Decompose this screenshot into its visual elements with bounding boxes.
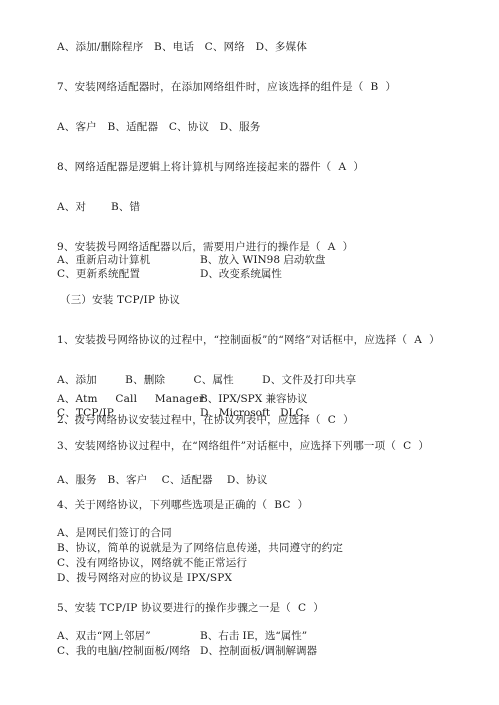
- option-c: C、没有网络协议，网络就不能正常运行: [57, 557, 247, 570]
- question-1: 1、安装拨号网络协议的过程中，“控制面板”的“网络”对话框中，应选择（ A ）: [57, 334, 440, 347]
- question-5: 5、安装 TCP/IP 协议要进行的操作步骤之一是（ C ）: [57, 602, 324, 615]
- option-d: D、拨号网络对应的协议是 IPX/SPX: [57, 572, 232, 585]
- option-c: C、我的电脑/控制面板/网络: [57, 645, 190, 658]
- option-d: D、Microsoft DLC: [200, 407, 304, 420]
- option-d: D、控制面板/调制解调器: [200, 645, 317, 658]
- option-a: A、是网民们签订的合同: [57, 527, 172, 540]
- text-line: A、对 B、错: [57, 201, 140, 214]
- question-3: 3、安装网络协议过程中，在“网络组件”对话框中，应选择下列哪一项（ C ）: [57, 440, 429, 453]
- option-a: A、双击“网上邻居”: [57, 630, 151, 643]
- text-line: A、添加/删除程序 B、电话 C、网络 D、多媒体: [57, 41, 307, 54]
- section-heading: （三）安装 TCP/IP 协议: [60, 294, 180, 307]
- option-c: C、TCP/IP: [57, 407, 114, 420]
- option-b: B、放入 WIN98 启动软盘: [200, 254, 325, 267]
- option-b: B、右击 IE，选“属性”: [200, 630, 307, 643]
- question-7: 7、安装网络适配器时，在添加网络组件时，应该选择的组件是（ B ）: [57, 81, 396, 94]
- question-8: 8、网络适配器是逻辑上将计算机与网络连接起来的器件（ A ）: [57, 161, 364, 174]
- text-line: A、服务 B、客户 C、适配器 D、协议: [57, 474, 268, 487]
- option-b: B、IPX/SPX 兼容协议: [200, 393, 308, 406]
- option-a: A、Atm Call Manager: [57, 393, 204, 406]
- option-d: D、改变系统属性: [200, 268, 282, 281]
- option-a: A、重新启动计算机: [57, 254, 150, 267]
- text-line: A、客户 B、适配器 C、协议 D、服务: [57, 121, 261, 134]
- question-4: 4、关于网络协议，下列哪些选项是正确的（ BC ）: [57, 499, 308, 512]
- option-b: B、协议，简单的说就是为了网络信息传递，共同遵守的约定: [57, 542, 343, 555]
- question-9: 9、安装拨号网络适配器以后，需要用户进行的操作是（ A ）: [57, 241, 353, 254]
- option-c: C、更新系统配置: [57, 268, 140, 281]
- text-line: A、添加 B、删除 C、属性 D、文件及打印共享: [57, 374, 356, 387]
